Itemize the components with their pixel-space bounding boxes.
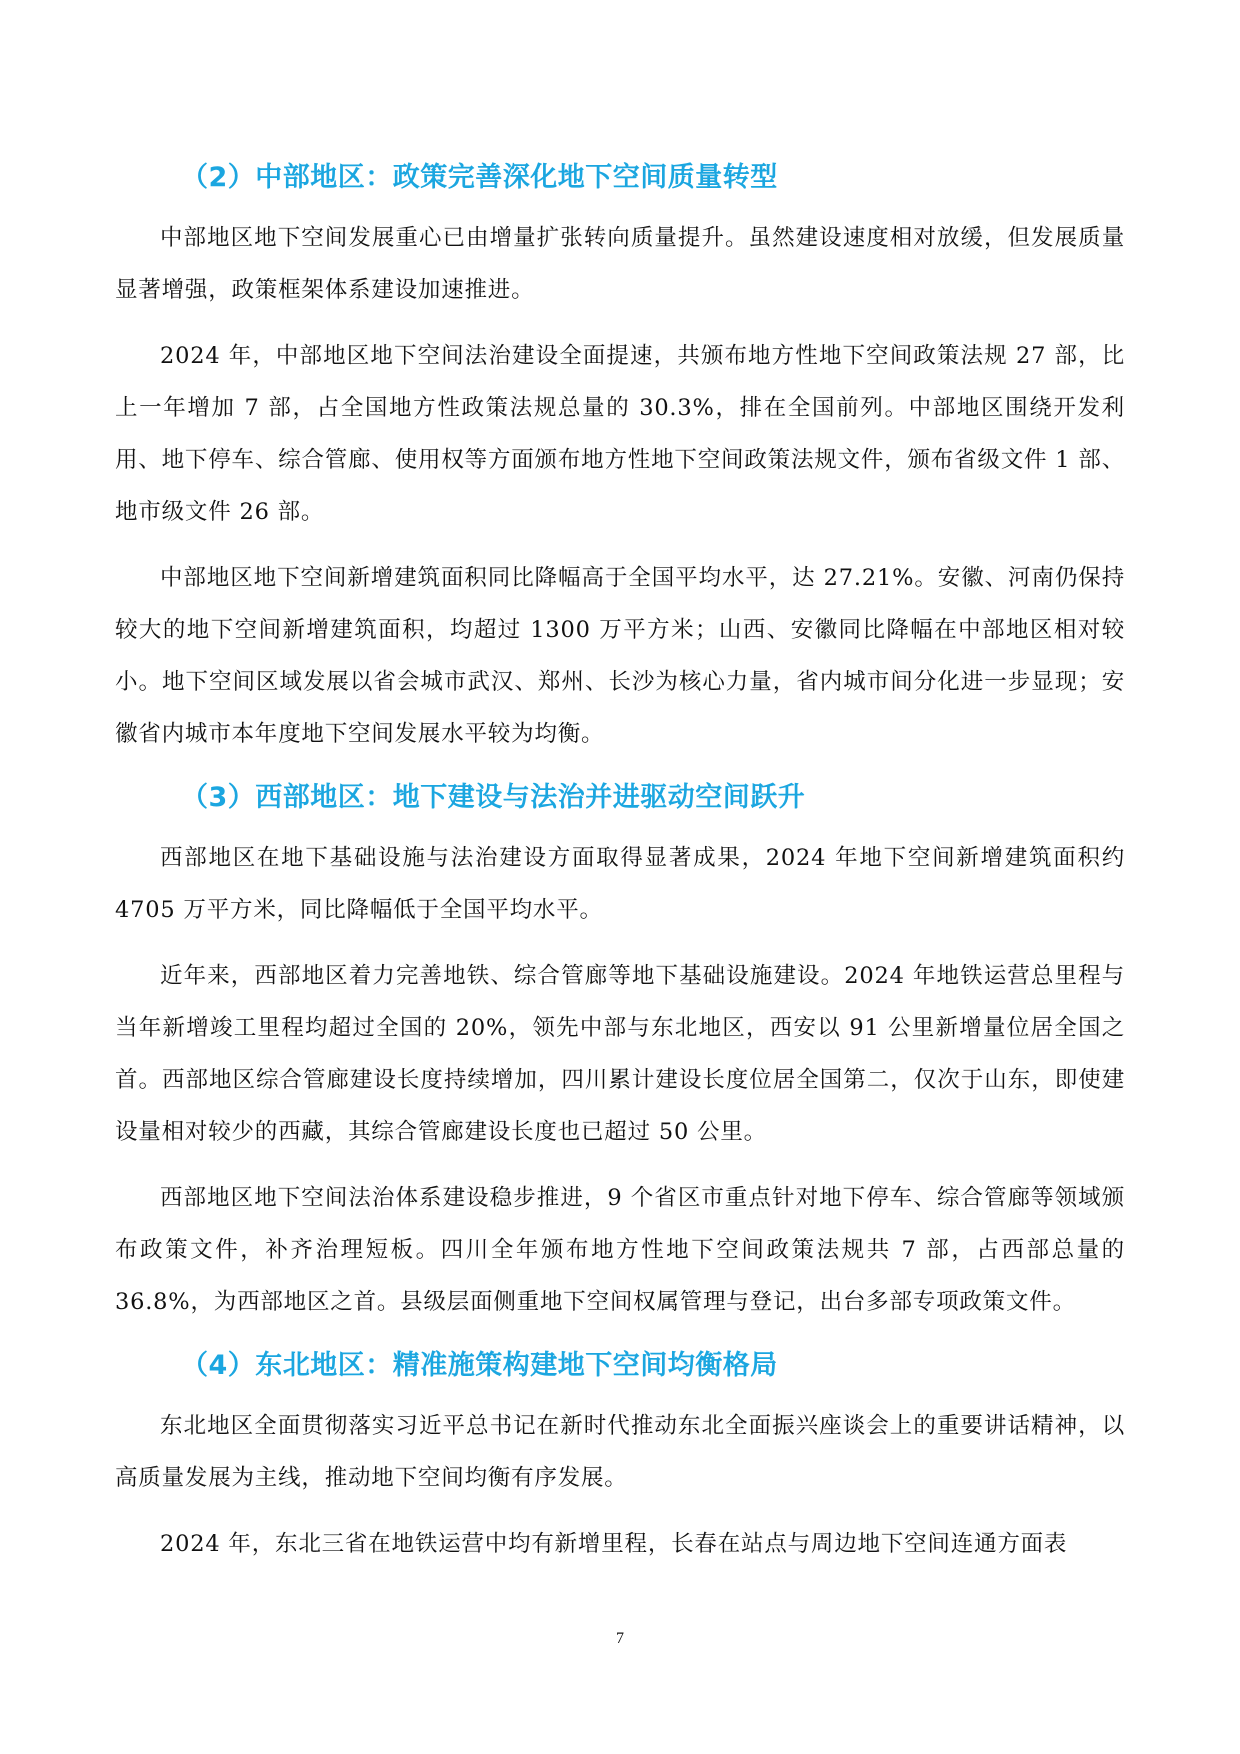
- section-heading-northeast: （4）东北地区：精准施策构建地下空间均衡格局: [115, 1346, 1125, 1386]
- paragraph: 2024 年，东北三省在地铁运营中均有新增里程，长春在站点与周边地下空间连通方面…: [115, 1518, 1125, 1570]
- document-page: （2）中部地区：政策完善深化地下空间质量转型 中部地区地下空间发展重心已由增量扩…: [0, 0, 1240, 1754]
- paragraph: 西部地区地下空间法治体系建设稳步推进，9 个省区市重点针对地下停车、综合管廊等领…: [115, 1172, 1125, 1328]
- paragraph: 2024 年，中部地区地下空间法治建设全面提速，共颁布地方性地下空间政策法规 2…: [115, 330, 1125, 538]
- page-content: （2）中部地区：政策完善深化地下空间质量转型 中部地区地下空间发展重心已由增量扩…: [115, 158, 1125, 1584]
- paragraph: 中部地区地下空间新增建筑面积同比降幅高于全国平均水平，达 27.21%。安徽、河…: [115, 552, 1125, 760]
- paragraph: 西部地区在地下基础设施与法治建设方面取得显著成果，2024 年地下空间新增建筑面…: [115, 832, 1125, 936]
- paragraph: 中部地区地下空间发展重心已由增量扩张转向质量提升。虽然建设速度相对放缓，但发展质…: [115, 212, 1125, 316]
- page-number: 7: [0, 1630, 1240, 1648]
- paragraph: 东北地区全面贯彻落实习近平总书记在新时代推动东北全面振兴座谈会上的重要讲话精神，…: [115, 1400, 1125, 1504]
- paragraph: 近年来，西部地区着力完善地铁、综合管廊等地下基础设施建设。2024 年地铁运营总…: [115, 950, 1125, 1158]
- section-heading-central: （2）中部地区：政策完善深化地下空间质量转型: [115, 158, 1125, 198]
- section-heading-western: （3）西部地区：地下建设与法治并进驱动空间跃升: [115, 778, 1125, 818]
